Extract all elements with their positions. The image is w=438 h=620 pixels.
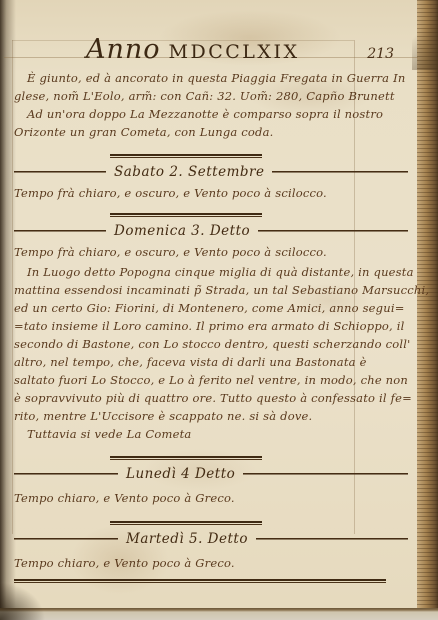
fore-edge-shadow bbox=[412, 0, 438, 70]
news-line: =tato insieme il Loro camino. Il primo e… bbox=[14, 317, 408, 335]
page-title-script: Anno bbox=[86, 34, 161, 65]
manuscript-photo: Anno MDCCLXIX 213 È giunto, ed à ancorat… bbox=[0, 0, 438, 620]
header-rule-left bbox=[14, 538, 118, 540]
weather-line: Tempo chiaro, e Vento poco à Greco. bbox=[14, 489, 408, 507]
divider-rule bbox=[110, 213, 262, 218]
writing-block: Anno MDCCLXIX 213 È giunto, ed à ancorat… bbox=[14, 0, 408, 584]
book-fore-edge bbox=[417, 0, 438, 614]
weather-line: Tempo frà chiaro, e oscuro, e Vento poco… bbox=[14, 243, 408, 261]
section-title: Sabato 2. Settembre bbox=[106, 164, 272, 180]
intro-line: Orizonte un gran Cometa, con Lunga coda. bbox=[14, 123, 408, 141]
header-rule-left bbox=[14, 171, 106, 173]
news-line: secondo di Bastone, con Lo stocco dentro… bbox=[14, 335, 408, 353]
divider-rule bbox=[110, 154, 262, 159]
news-line: rito, mentre L'Uccisore è scappato ne. s… bbox=[14, 407, 408, 425]
news-line: In Luogo detto Popogna cinque miglia di … bbox=[14, 263, 408, 281]
section-header-domenica: Domenica 3. Detto bbox=[14, 222, 408, 239]
news-line: Tuttavia si vede La Cometa bbox=[14, 425, 408, 443]
section-title: Martedì 5. Detto bbox=[118, 531, 256, 547]
intro-line: glese, nom̃ L'Eolo, arm̃: con Cañ: 32. U… bbox=[14, 87, 408, 105]
page-title-roman: MDCCLXIX bbox=[169, 41, 300, 63]
section-header-martedi: Martedì 5. Detto bbox=[14, 530, 408, 547]
weather-line: Tempo frà chiaro, e oscuro, e Vento poco… bbox=[14, 184, 408, 202]
news-line: altro, nel tempo, che, faceva vista di d… bbox=[14, 353, 408, 371]
intro-paragraph: È giunto, ed à ancorato in questa Piaggi… bbox=[14, 69, 408, 141]
header-rule-right bbox=[258, 230, 408, 232]
section-title: Domenica 3. Detto bbox=[106, 223, 258, 239]
header-rule-right bbox=[256, 538, 408, 540]
news-line: mattina essendosi incaminati p̃ Strada, … bbox=[14, 281, 408, 299]
header-rule-left bbox=[14, 473, 118, 475]
news-paragraph: In Luogo detto Popogna cinque miglia di … bbox=[14, 263, 408, 443]
page-header: Anno MDCCLXIX 213 bbox=[14, 34, 408, 60]
news-line: saltato fuori Lo Stocco, e Lo à ferito n… bbox=[14, 371, 408, 389]
closing-rule bbox=[14, 579, 386, 584]
page-bottom-edge bbox=[0, 608, 438, 620]
news-line: è sopravvivuto più di quattro ore. Tutto… bbox=[14, 389, 408, 407]
section-title: Lunedì 4 Detto bbox=[118, 466, 243, 482]
header-rule-left bbox=[14, 230, 106, 232]
intro-line: Ad un'ora doppo La Mezzanotte è comparso… bbox=[14, 105, 408, 123]
divider-rule bbox=[110, 521, 262, 526]
section-header-lunedi: Lunedì 4 Detto bbox=[14, 465, 408, 482]
divider-rule bbox=[110, 456, 262, 461]
header-rule-right bbox=[243, 473, 408, 475]
section-header-sabato: Sabato 2. Settembre bbox=[14, 163, 408, 180]
page-number: 213 bbox=[367, 46, 394, 62]
news-line: ed un certo Gio: Fiorini, di Montenero, … bbox=[14, 299, 408, 317]
ruled-margin-left bbox=[12, 40, 13, 534]
intro-line: È giunto, ed à ancorato in questa Piaggi… bbox=[14, 69, 408, 87]
header-rule-right bbox=[272, 171, 408, 173]
weather-line: Tempo chiaro, e Vento poco à Greco. bbox=[14, 554, 408, 572]
